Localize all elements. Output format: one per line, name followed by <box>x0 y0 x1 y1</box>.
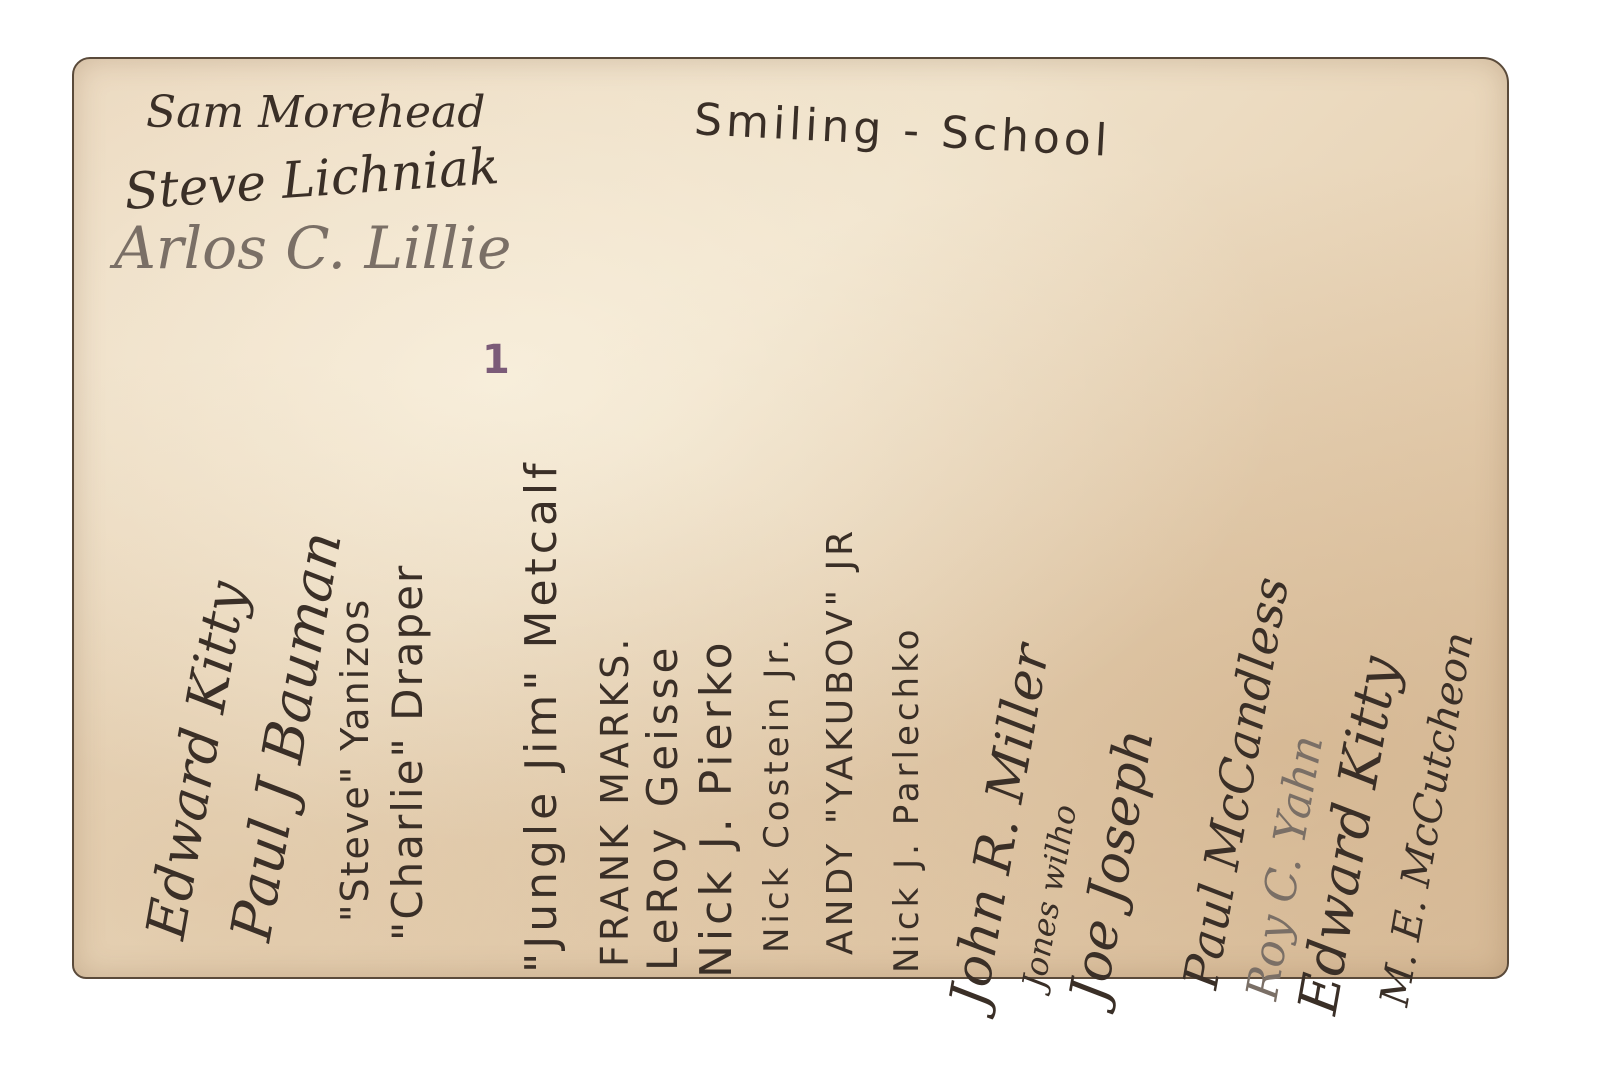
signature-vertical-10: ANDY "YAKUBOV" JR <box>823 527 859 955</box>
signature-top-2: Steve Lichniak <box>123 141 501 217</box>
signature-top-3: Arlos C. Lillie <box>114 219 512 277</box>
signature-vertical-5: "Jungle Jim" Metcalf <box>520 459 564 973</box>
signature-vertical-14: Joe Joseph <box>1063 725 1162 1006</box>
postcard-back: Sam Morehead Steve Lichniak Arlos C. Lil… <box>72 57 1509 979</box>
card-title: Smiling - School <box>693 98 1112 164</box>
signature-vertical-3: "Steve" Yanizos <box>336 598 374 922</box>
signature-vertical-9: Nick Costein Jr. <box>760 635 794 953</box>
signature-vertical-6: FRANK MARKS. <box>596 635 634 967</box>
signature-top-1: Sam Morehead <box>146 91 485 135</box>
signature-vertical-7: LeRoy Geisse <box>642 644 684 971</box>
signature-vertical-4: "Charlie" Draper <box>387 564 429 941</box>
signature-vertical-11: Nick J. Parlechko <box>890 626 924 973</box>
stamp-mark: 1 <box>482 337 510 383</box>
signature-vertical-8: Nick J. Pierko <box>695 638 739 978</box>
